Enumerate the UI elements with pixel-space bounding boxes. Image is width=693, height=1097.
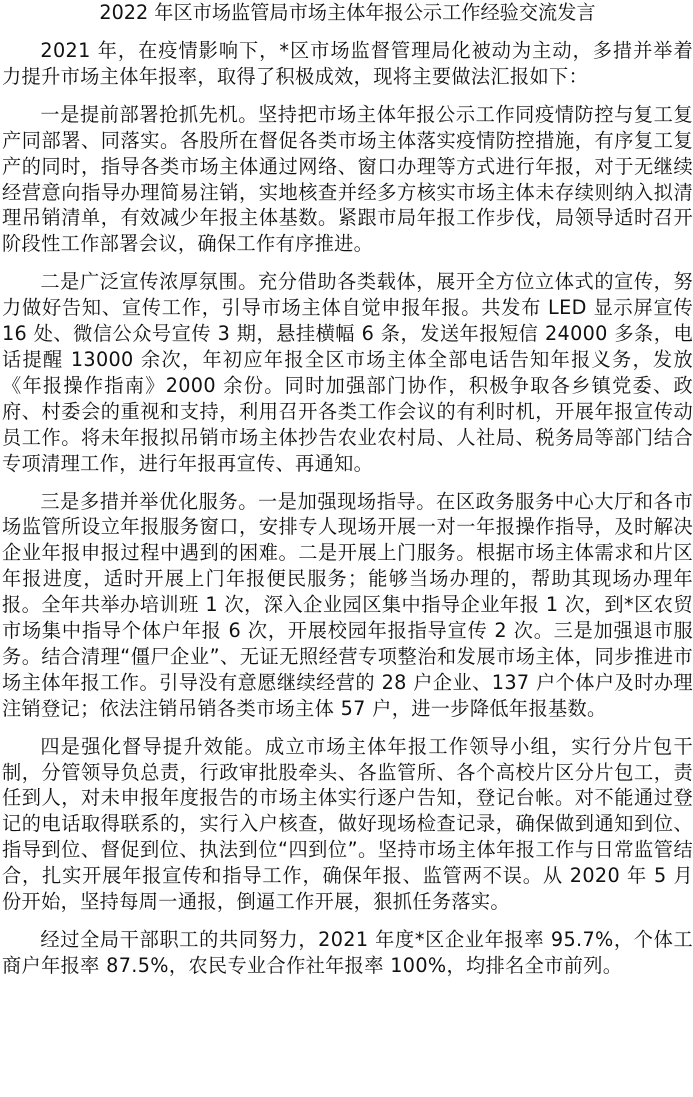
document-title: 2022 年区市场监管局市场主体年报公示工作经验交流发言	[2, 0, 693, 26]
paragraph-intro: 2021 年，在疫情影响下，*区市场监督管理局化被动为主动，多措并举着力提升市场…	[2, 38, 693, 90]
paragraph-early-deployment: 一是提前部署抢抓先机。坚持把市场主体年报公示工作同疫情防控与复工复产同部署、同落…	[2, 102, 693, 257]
paragraph-publicity: 二是广泛宣传浓厚氛围。充分借助各类载体，展开全方位立体式的宣传，努力做好告知、宣…	[2, 269, 693, 476]
document-page: 2022 年区市场监管局市场主体年报公示工作经验交流发言 2021 年，在疫情影…	[0, 0, 693, 979]
paragraph-results: 经过全局干部职工的共同努力，2021 年度*区企业年报率 95.7%，个体工商户…	[2, 927, 693, 979]
paragraph-supervision: 四是强化督导提升效能。成立市场主体年报工作领导小组，实行分片包干制，分管领导负总…	[2, 734, 693, 915]
paragraph-service-optimization: 三是多措并举优化服务。一是加强现场指导。在区政务服务中心大厅和各市场监管所设立年…	[2, 489, 693, 722]
